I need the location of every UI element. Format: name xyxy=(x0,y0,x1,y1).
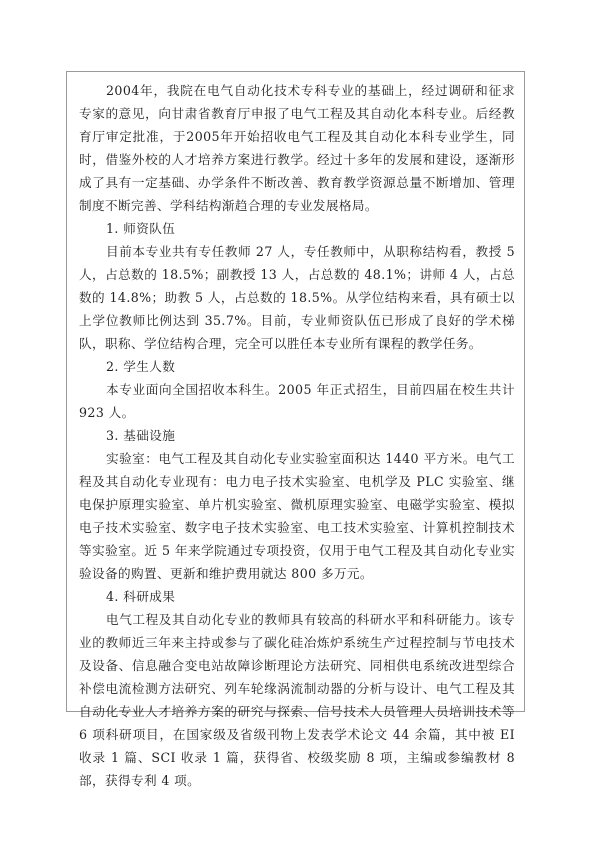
section-heading-faculty: 1. 师资队伍 xyxy=(79,217,515,240)
document-body: 2004年，我院在电气自动化技术专科专业的基础上，经过调研和征求专家的意见，向甘… xyxy=(79,79,515,792)
section-body-facilities: 实验室：电气工程及其自动化专业实验室面积达 1440 平方米。电气工程及其自动化… xyxy=(79,447,515,585)
document-frame: 2004年，我院在电气自动化技术专科专业的基础上，经过调研和征求专家的意见，向甘… xyxy=(66,71,525,712)
section-heading-research: 4. 科研成果 xyxy=(79,585,515,608)
section-body-research: 电气工程及其自动化专业的教师具有较高的科研水平和科研能力。该专业的教师近三年来主… xyxy=(79,608,515,792)
section-body-faculty: 目前本专业共有专任教师 27 人，专任教师中，从职称结构看，教授 5 人，占总数… xyxy=(79,240,515,355)
section-heading-facilities: 3. 基础设施 xyxy=(79,424,515,447)
section-body-students: 本专业面向全国招收本科生。2005 年正式招生，目前四届在校生共计 923 人。 xyxy=(79,378,515,424)
intro-paragraph: 2004年，我院在电气自动化技术专科专业的基础上，经过调研和征求专家的意见，向甘… xyxy=(79,79,515,217)
section-heading-students: 2. 学生人数 xyxy=(79,355,515,378)
